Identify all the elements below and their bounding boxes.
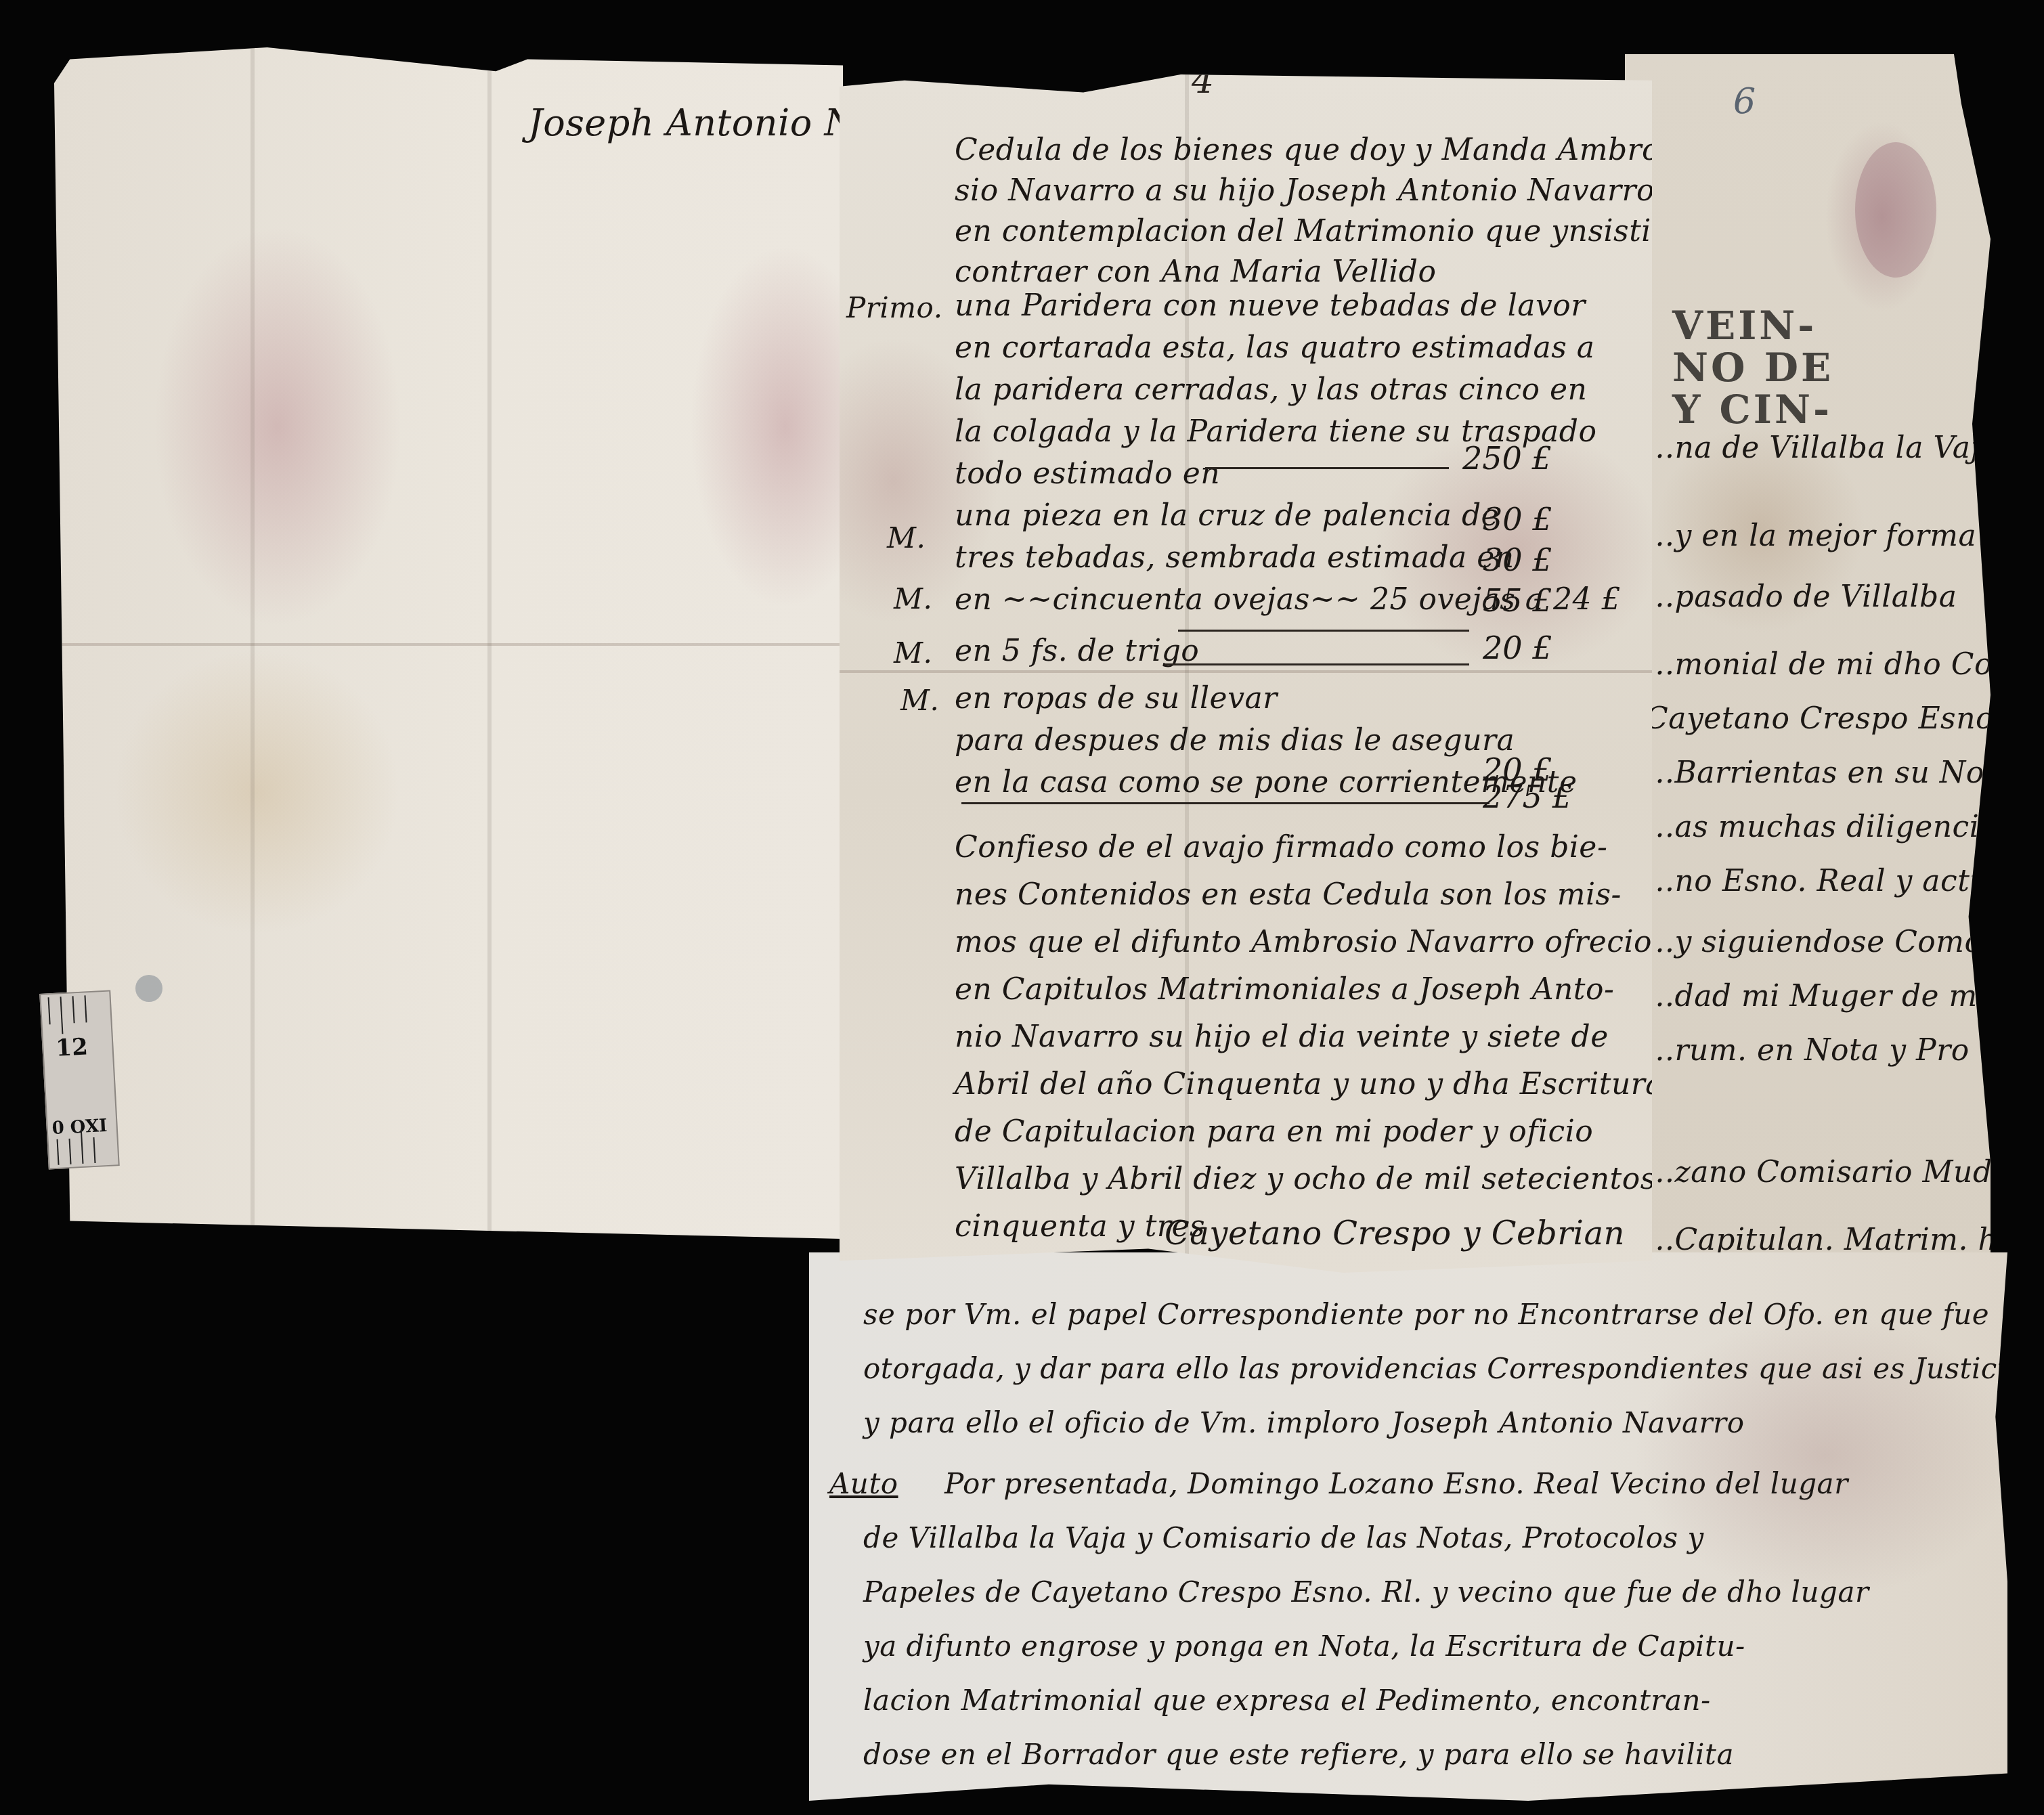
ruler-tick xyxy=(84,995,87,1022)
right-text-line: ...zano Comisario Mudo que xyxy=(1645,1151,2044,1194)
bottom-text-line: se por Vm. el papel Correspondiente por … xyxy=(863,1293,1989,1336)
amount-rule xyxy=(1205,467,1449,469)
stamp-line: Y CIN- xyxy=(1672,389,1833,431)
item-line: para despues de mis dias le asegura xyxy=(955,719,1515,762)
right-text-line: ...monial de mi dho Comparecien- xyxy=(1645,643,2044,686)
item-line: la paridera cerradas, y las otras cinco … xyxy=(955,368,1587,412)
right-text-line: ...rum. en Nota y Pro xyxy=(1645,1029,1970,1072)
closing-line: de Capitulacion para en mi poder y ofici… xyxy=(955,1110,1593,1154)
title-line: sio Navarro a su hijo Joseph Antonio Nav… xyxy=(955,169,1655,213)
item-line: en 5 fs. de trigo xyxy=(955,630,1199,673)
closing-line: nio Navarro su hijo el dia veinte y siet… xyxy=(955,1015,1609,1059)
closing-line: nes Contenidos en esta Cedula son los mi… xyxy=(955,873,1622,917)
notary-signature: Cayetano Crespo y Cebrian xyxy=(1165,1212,1625,1255)
item-amount: 55 £ xyxy=(1483,582,1552,619)
closing-line: Confieso de el avajo firmado como los bi… xyxy=(955,826,1607,869)
item-margin-note: M. xyxy=(887,521,926,554)
total-rule xyxy=(961,802,1489,804)
stain-mark xyxy=(1855,142,1936,278)
total-amount: 275 £ xyxy=(1483,779,1572,815)
item-line: una Paridera con nueve tebadas de lavor xyxy=(955,284,1586,328)
right-text-line: ...y en la mejor forma que xyxy=(1645,515,2043,558)
ruler-tick xyxy=(69,1139,72,1164)
stamp-line: NO DE xyxy=(1672,347,1833,389)
ruler-label: 12 xyxy=(55,1033,88,1062)
fold-crease xyxy=(54,643,843,646)
petitioner-signature: Joseph Antonio Navarro xyxy=(1391,1401,1744,1445)
item-line: todo estimado en xyxy=(955,452,1220,496)
auto-text-line: dose en el Borrador que este refiere, y … xyxy=(863,1733,1734,1776)
item-margin-note: M. xyxy=(900,684,939,717)
right-text-line: ...Barrientas en su Notaria xyxy=(1645,751,2044,795)
ruler-label: IXO 0 xyxy=(51,1114,108,1137)
stamp-line: VEIN- xyxy=(1672,305,1833,347)
item-line: tres tebadas, sembrada estimada en xyxy=(955,536,1515,580)
ruler-tick xyxy=(57,1139,60,1165)
page-marker: 6 xyxy=(1733,81,1756,122)
main-page: 4 Cedula de los bienes que doy y Manda A… xyxy=(840,74,1652,1273)
item-amount: 20 £ xyxy=(1483,630,1552,666)
ruler-tick xyxy=(60,997,64,1034)
auto-label: Auto xyxy=(829,1462,898,1506)
auto-text-line: ya difunto engrose y ponga en Nota, la E… xyxy=(863,1625,1745,1668)
bottom-text-line: y para ello el oficio de Vm. imploro xyxy=(863,1401,1380,1445)
amount-rule xyxy=(1178,630,1469,632)
right-text-line: ...na de Villalba la Vaja del xyxy=(1645,427,2044,470)
right-text-line: ...y siguiendose Como xyxy=(1645,921,1983,964)
ruler-tick xyxy=(48,997,51,1024)
item-margin-note: M. xyxy=(894,582,932,615)
item-line: en ropas de su llevar xyxy=(955,677,1278,720)
ruler-tick xyxy=(93,1137,95,1163)
stain-mark xyxy=(135,975,162,1002)
auto-text-line: lacion Matrimonial que expresa el Pedime… xyxy=(863,1679,1711,1722)
left-page: Joseph Antonio Navarro xyxy=(54,47,843,1239)
title-line: en contemplacion del Matrimonio que ynsi… xyxy=(955,210,1670,253)
item-margin-note: M. xyxy=(894,636,932,670)
page-marker: 4 xyxy=(1192,61,1214,102)
closing-line: mos que el difunto Ambrosio Navarro ofre… xyxy=(955,921,1652,964)
closing-line: Villalba y Abril diez y ocho de mil sete… xyxy=(955,1158,1656,1201)
right-text-line: ...pasado de Villalba xyxy=(1645,575,1957,619)
ruler-tick xyxy=(72,996,75,1023)
closing-line: en Capitulos Matrimoniales a Joseph Anto… xyxy=(955,968,1614,1011)
item-line: en cortarada esta, las quatro estimadas … xyxy=(955,326,1594,370)
bottom-page: se por Vm. el papel Correspondiente por … xyxy=(809,1252,2007,1801)
right-text-line: Cayetano Crespo Esno. xyxy=(1645,697,2003,741)
item-margin-note: Primo. xyxy=(846,291,943,324)
right-text-line: ...dad mi Muger de mo- xyxy=(1645,975,2006,1018)
right-text-line: ...as muchas diligencias xyxy=(1645,806,2013,849)
measurement-ruler: 12 IXO 0 xyxy=(39,990,119,1169)
auto-text-line: de Villalba la Vaja y Comisario de las N… xyxy=(863,1516,1704,1560)
item-line: una pieza en la cruz de palencia de xyxy=(955,494,1499,538)
item-amount: 30 £ xyxy=(1483,542,1552,578)
item-amount: 30 £ xyxy=(1483,501,1552,538)
auto-text-line: Por presentada, Domingo Lozano Esno. Rea… xyxy=(944,1462,1848,1506)
stamp-seal: VEIN- NO DE Y CIN- xyxy=(1672,305,1833,431)
title-line: Cedula de los bienes que doy y Manda Amb… xyxy=(955,129,1670,172)
amount-rule xyxy=(1165,663,1469,665)
closing-line: Abril del año Cinquenta y uno y dha Escr… xyxy=(955,1063,1664,1106)
right-page: 6 ...na de Villalba la Vaja del ...y en … xyxy=(1625,54,1991,1286)
right-text-line: ...no Esno. Real y actual xyxy=(1645,860,2018,903)
auto-text-line: Papeles de Cayetano Crespo Esno. Rl. y v… xyxy=(863,1571,1869,1614)
item-amount: 250 £ xyxy=(1462,440,1552,477)
bottom-text-line: otorgada, y dar para ello las providenci… xyxy=(863,1347,2024,1391)
